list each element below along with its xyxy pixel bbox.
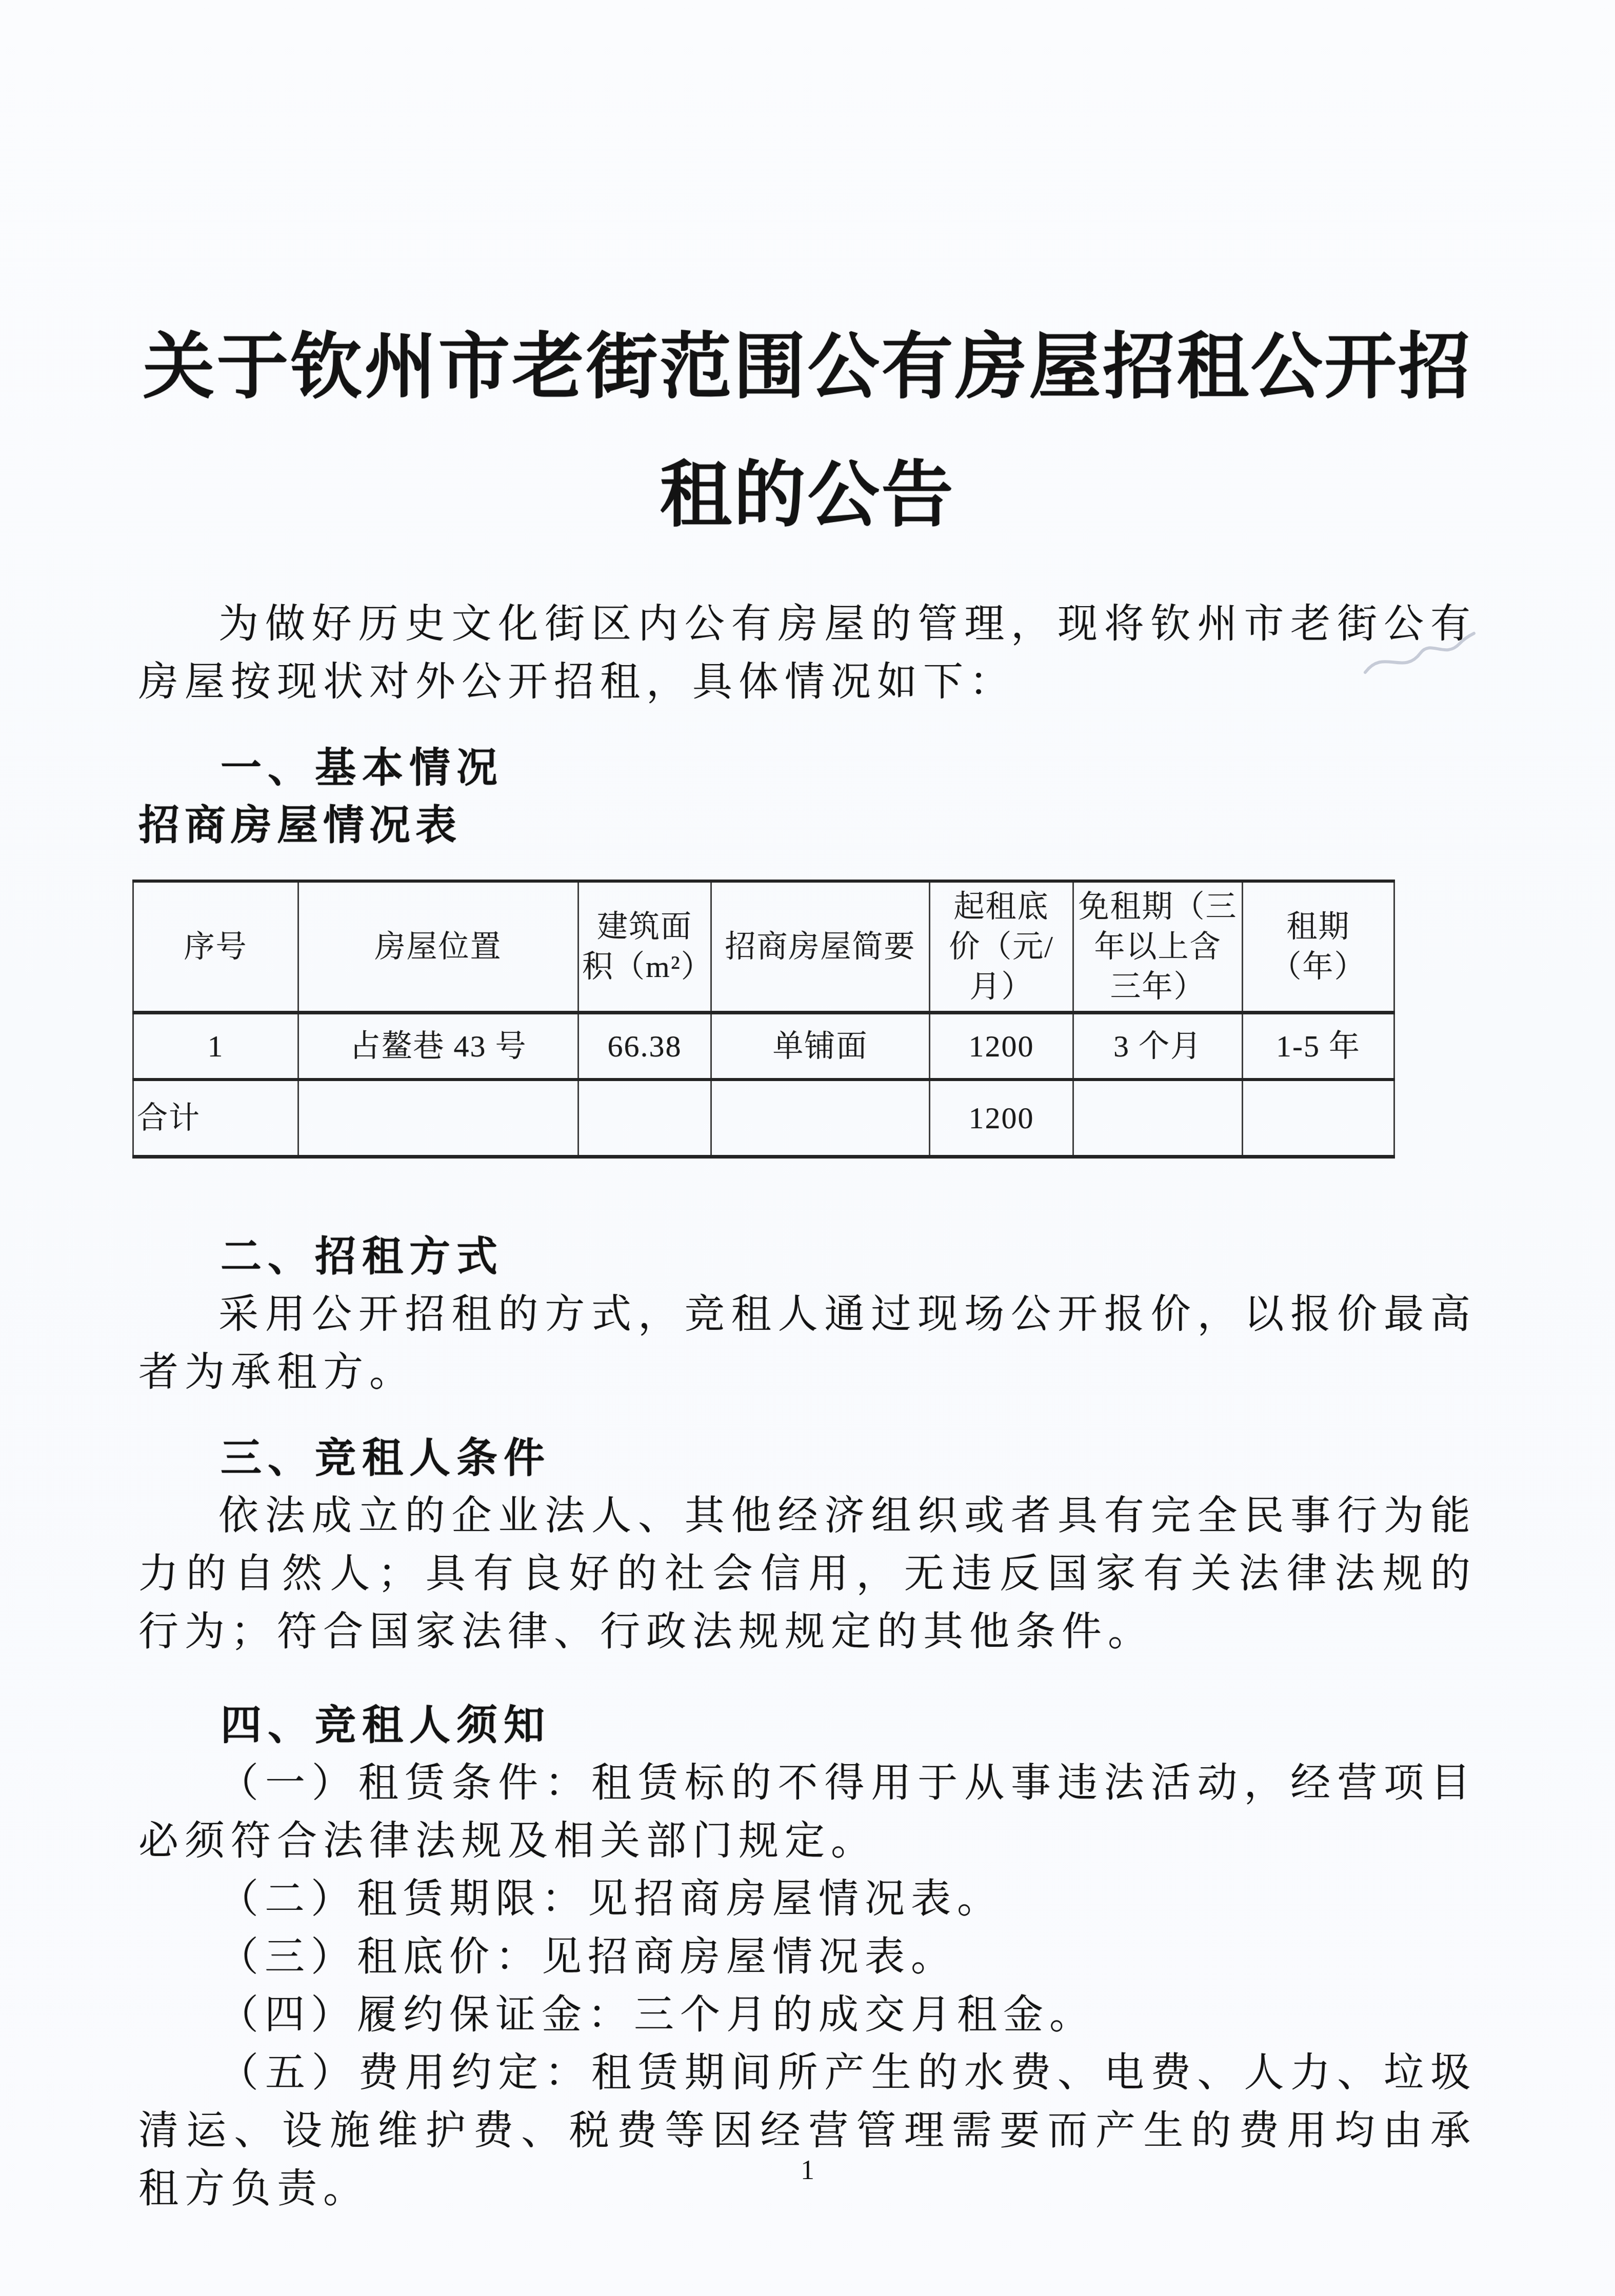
header-cell-location: 房屋位置 — [298, 881, 579, 1013]
header-cell-summary: 招商房屋简要 — [711, 881, 930, 1013]
section4-item-1: （一）租赁条件：租赁标的不得用于从事违法活动，经营项目必须符合法律法规及相关部门… — [138, 1754, 1477, 1870]
title-line-1: 关于钦州市老街范围公有房屋招租公开招 — [138, 303, 1477, 431]
cell-lease-term: 1-5 年 — [1243, 1013, 1394, 1080]
cell-summary: 单铺面 — [711, 1013, 930, 1080]
table-header-row: 序号 房屋位置 建筑面 积（m²） 招商房屋简要 起租底 价（元/ 月） 免租期… — [133, 881, 1394, 1013]
section4-item-5: （五）费用约定：租赁期间所产生的水费、电费、人力、垃圾清运、设施维护费、税费等因… — [138, 2044, 1477, 2218]
cell-index: 1 — [133, 1013, 298, 1080]
section4-item-3: （三）租底价：见招商房屋情况表。 — [138, 1928, 1477, 1986]
housing-table: 序号 房屋位置 建筑面 积（m²） 招商房屋简要 起租底 价（元/ 月） 免租期… — [132, 880, 1395, 1159]
header-cell-base-price: 起租底 价（元/ 月） — [930, 881, 1073, 1013]
total-empty-summary — [711, 1080, 930, 1157]
section4-heading: 四、竞租人须知 — [138, 1696, 1477, 1754]
title-line-2: 租的公告 — [138, 431, 1477, 559]
table-caption: 招商房屋情况表 — [138, 796, 1477, 854]
cell-rent-free-period: 3 个月 — [1073, 1013, 1243, 1080]
total-empty-location — [298, 1080, 579, 1157]
total-empty-rent-free — [1073, 1080, 1243, 1157]
section3-heading: 三、竞租人条件 — [138, 1429, 1477, 1487]
document-title: 关于钦州市老街范围公有房屋招租公开招 租的公告 — [138, 303, 1477, 559]
table-total-row: 合计 1200 — [133, 1080, 1394, 1157]
total-label: 合计 — [133, 1080, 298, 1157]
cell-base-price: 1200 — [930, 1013, 1073, 1080]
scan-artifact-mark — [1359, 623, 1477, 690]
section2-heading: 二、招租方式 — [138, 1228, 1477, 1285]
header-cell-index: 序号 — [133, 881, 298, 1013]
cell-area: 66.38 — [579, 1013, 711, 1080]
document-page: 关于钦州市老街范围公有房屋招租公开招 租的公告 为做好历史文化街区内公有房屋的管… — [0, 0, 1615, 2296]
cell-location: 占鳌巷 43 号 — [298, 1013, 579, 1080]
intro-paragraph: 为做好历史文化街区内公有房屋的管理，现将钦州市老街公有房屋按现状对外公开招租，具… — [138, 595, 1477, 711]
section1-heading: 一、基本情况 — [138, 739, 1477, 796]
total-empty-lease-term — [1243, 1080, 1394, 1157]
total-base-price: 1200 — [930, 1080, 1073, 1157]
section3-paragraph: 依法成立的企业法人、其他经济组织或者具有完全民事行为能力的自然人；具有良好的社会… — [138, 1487, 1477, 1661]
table-row: 1 占鳌巷 43 号 66.38 单铺面 1200 3 个月 1-5 年 — [133, 1013, 1394, 1080]
header-cell-rent-free-period: 免租期（三 年以上含 三年） — [1073, 881, 1243, 1013]
total-empty-area — [579, 1080, 711, 1157]
page-number: 1 — [0, 2154, 1615, 2186]
section2-paragraph: 采用公开招租的方式，竞租人通过现场公开报价，以报价最高者为承租方。 — [138, 1285, 1477, 1401]
section4-item-4: （四）履约保证金：三个月的成交月租金。 — [138, 1986, 1477, 2044]
header-cell-area: 建筑面 积（m²） — [579, 881, 711, 1013]
section4-item-2: （二）租赁期限：见招商房屋情况表。 — [138, 1870, 1477, 1928]
header-cell-lease-term: 租期 （年） — [1243, 881, 1394, 1013]
